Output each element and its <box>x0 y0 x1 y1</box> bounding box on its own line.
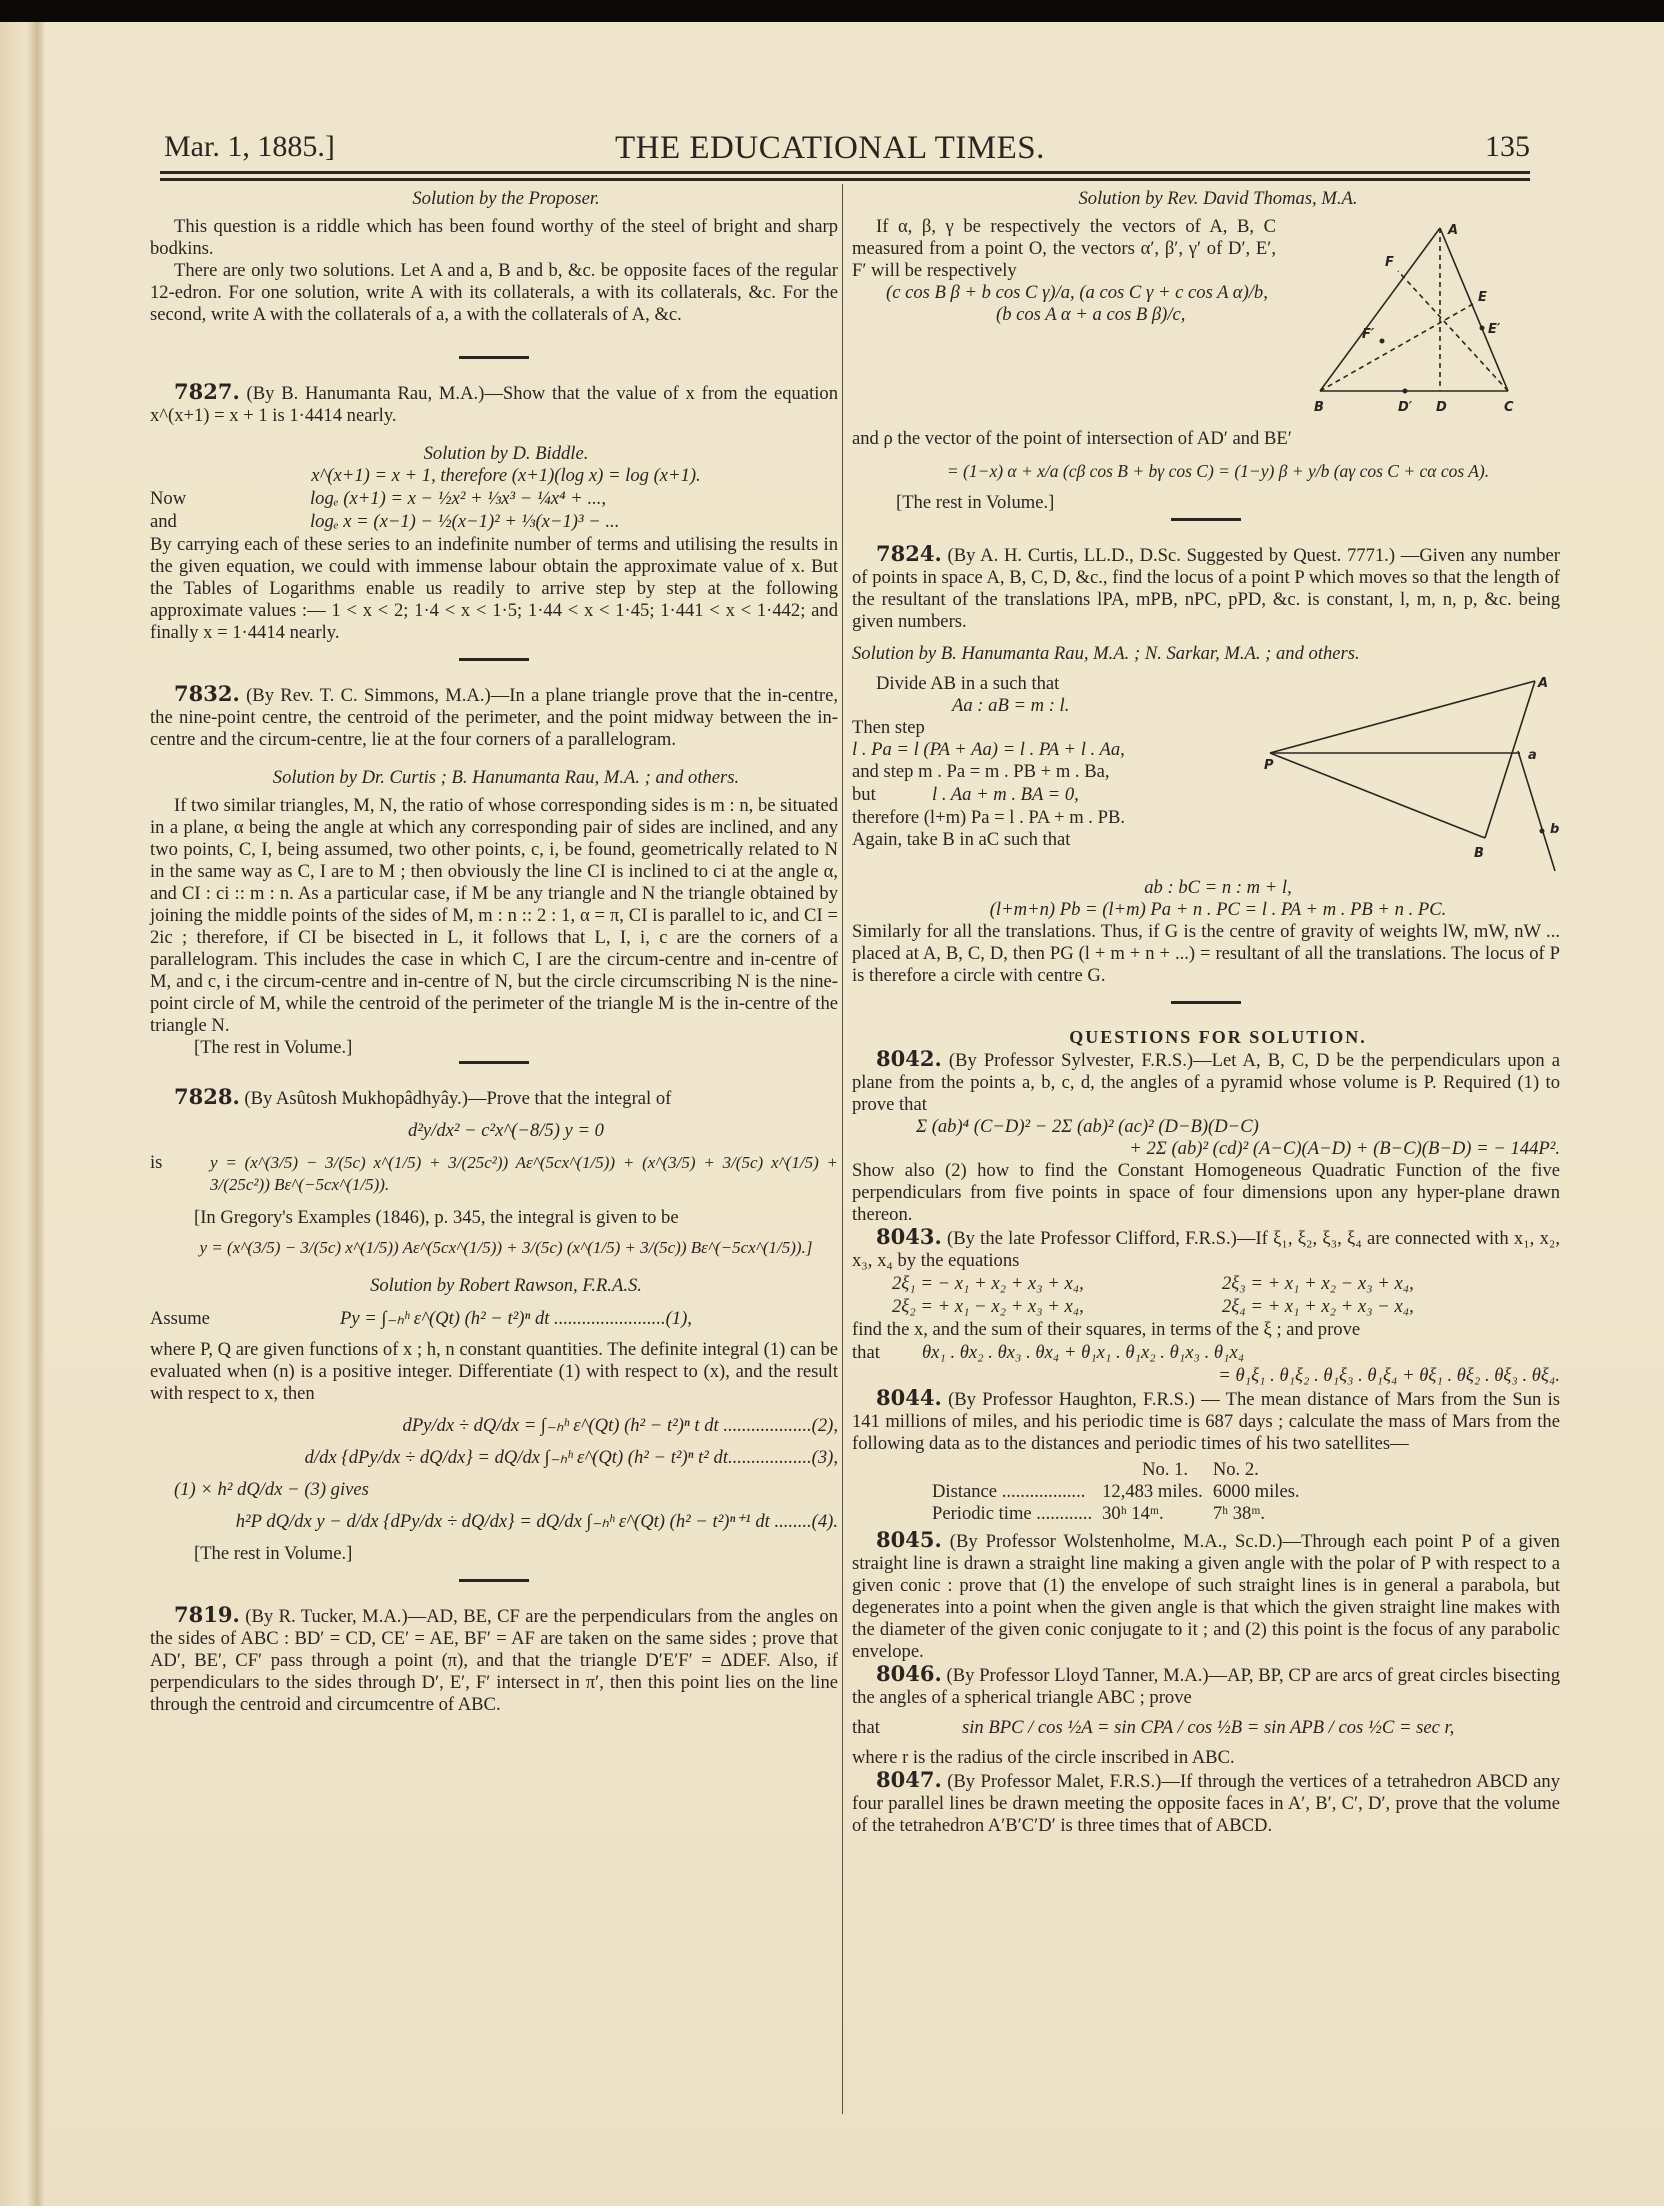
paragraph: Similarly for all the translations. Thus… <box>852 921 1560 987</box>
equation-row: 2ξ₁ = − x₁ + x₂ + x₃ + x₄,2ξ₃ = + x₁ + x… <box>852 1273 1560 1295</box>
paragraph: where r is the radius of the circle insc… <box>852 1747 1560 1769</box>
question-number: 7828. <box>174 1084 240 1109</box>
svg-text:D′: D′ <box>1398 400 1413 415</box>
svg-text:A: A <box>1537 676 1548 691</box>
svg-text:B: B <box>1314 400 1324 415</box>
equation: d²y/dx² − c²x^(−8/5) y = 0 <box>150 1120 838 1142</box>
section-separator <box>459 1579 529 1582</box>
question-number: 8044. <box>876 1385 942 1410</box>
section-separator <box>1171 1001 1241 1004</box>
step-line: butl . Aa + m . BA = 0, <box>852 784 1246 806</box>
svg-text:E′: E′ <box>1488 322 1501 337</box>
svg-text:a: a <box>1528 748 1537 763</box>
paragraph: There are only two solutions. Let A and … <box>150 260 838 326</box>
svg-text:E: E <box>1478 290 1487 305</box>
page-number: 135 <box>1485 130 1530 164</box>
svg-text:D: D <box>1436 400 1447 415</box>
equation: + 2Σ (ab)² (cd)² (A−C)(A−D) + (B−C)(B−D)… <box>852 1138 1560 1160</box>
question-number: 8045. <box>876 1527 942 1552</box>
table-header-row: No. 1. No. 2. <box>932 1459 1310 1481</box>
equation: = θ₁ξ₁ . θ₁ξ₂ . θ₁ξ₃ . θ₁ξ₄ + θξ₁ . θξ₂ … <box>852 1365 1560 1387</box>
equation-row: andlogₑ x = (x−1) − ½(x−1)² + ⅓(x−1)³ − … <box>150 511 838 533</box>
equation-row: Nowlogₑ (x+1) = x − ½x² + ⅓x³ − ¼x⁴ + ..… <box>150 488 838 510</box>
equation-row: thatθx₁ . θx₂ . θx₃ . θx₄ + θ₁x₁ . θ₁x₂ … <box>852 1342 1560 1364</box>
svg-text:F′: F′ <box>1362 327 1375 342</box>
header-rule-bottom <box>160 178 1530 181</box>
question-number: 8043. <box>876 1224 942 1249</box>
equation: dPy/dx ÷ dQ/dx = ∫₋ₕʰ ε^(Qt) (h² − t²)ⁿ … <box>150 1415 838 1437</box>
equation: (1) × h² dQ/dx − (3) gives <box>150 1479 838 1501</box>
question-7819: 7819. (By R. Tucker, M.A.)—AD, BE, CF ar… <box>150 1604 838 1716</box>
equation: d/dx {dPy/dx ÷ dQ/dx} = dQ/dx ∫₋ₕʰ ε^(Qt… <box>150 1447 838 1469</box>
question-number: 8047. <box>876 1767 942 1792</box>
question-7827: 7827. (By B. Hanumanta Rau, M.A.)—Show t… <box>150 381 838 427</box>
equation-row: isy = (x^(3/5) − 3/(5c) x^(1/5) + 3/(25c… <box>150 1152 838 1196</box>
svg-text:C: C <box>1504 400 1514 415</box>
solver-heading: Solution by D. Biddle. <box>150 443 838 465</box>
section-separator <box>459 356 529 359</box>
question-8047: 8047. (By Professor Malet, F.R.S.)—If th… <box>852 1769 1560 1837</box>
svg-text:b: b <box>1550 822 1559 837</box>
rest-in-volume: [The rest in Volume.] <box>150 1543 838 1565</box>
translation-figure: APa bB <box>1260 673 1560 873</box>
question-8046: 8046. (By Professor Lloyd Tanner, M.A.)—… <box>852 1663 1560 1709</box>
equation: x^(x+1) = x + 1, therefore (x+1)(log x) … <box>150 465 838 487</box>
solver-heading: Solution by B. Hanumanta Rau, M.A. ; N. … <box>852 643 1560 665</box>
question-8043: 8043. (By the late Professor Clifford, F… <box>852 1226 1560 1272</box>
right-column: Solution by Rev. David Thomas, M.A. AFE … <box>852 188 1560 1837</box>
equation-row: thatsin BPC / cos ½A = sin CPA / cos ½B … <box>852 1717 1560 1739</box>
question-number: 7819. <box>174 1602 240 1627</box>
svg-text:F: F <box>1385 255 1394 270</box>
running-header: Mar. 1, 1885.] THE EDUCATIONAL TIMES. 13… <box>160 130 1530 170</box>
question-7832: 7832. (By Rev. T. C. Simmons, M.A.)—In a… <box>150 683 838 751</box>
equation-row: AssumePy = ∫₋ₕʰ ε^(Qt) (h² − t²)ⁿ dt ...… <box>150 1308 838 1330</box>
equation: = (1−x) α + x/a (cβ cos B + bγ cos C) = … <box>852 460 1560 482</box>
question-8045: 8045. (By Professor Wolstenholme, M.A., … <box>852 1529 1560 1663</box>
question-7824: 7824. (By A. H. Curtis, LL.D., D.Sc. Sug… <box>852 543 1560 633</box>
question-number: 7824. <box>876 541 942 566</box>
question-number: 8042. <box>876 1046 942 1071</box>
equation: h²P dQ/dx y − d/dx {dPy/dx ÷ dQ/dx} = dQ… <box>150 1511 838 1533</box>
svg-text:A: A <box>1447 223 1458 238</box>
question-7828: 7828. (By Asûtosh Mukhopâdhyây.)—Prove t… <box>150 1086 838 1110</box>
equation-row: 2ξ₂ = + x₁ − x₂ + x₃ + x₄,2ξ₄ = + x₁ + x… <box>852 1296 1560 1318</box>
equation: Σ (ab)⁴ (C−D)² − 2Σ (ab)² (ac)² (D−B)(D−… <box>852 1116 1560 1138</box>
paragraph: and ρ the vector of the point of interse… <box>852 428 1560 450</box>
equation: y = (x^(3/5) − 3/(5c) x^(1/5)) Aε^(5cx^(… <box>150 1237 838 1259</box>
svg-text:P: P <box>1264 758 1274 773</box>
page-binding <box>0 22 44 2206</box>
header-date: Mar. 1, 1885.] <box>164 130 335 164</box>
question-8042: 8042. (By Professor Sylvester, F.R.S.)—L… <box>852 1048 1560 1116</box>
equation: ab : bC = n : m + l, <box>852 877 1560 899</box>
left-column: Solution by the Proposer. This question … <box>150 188 838 1716</box>
header-title: THE EDUCATIONAL TIMES. <box>615 130 1045 167</box>
table-row: Periodic time ............ 30ʰ 14ᵐ. 7ʰ 3… <box>932 1503 1310 1525</box>
column-divider <box>842 184 843 2114</box>
paragraph: Show also (2) how to find the Constant H… <box>852 1160 1560 1226</box>
solver-heading: Solution by Dr. Curtis ; B. Hanumanta Ra… <box>150 767 838 789</box>
gregory-note: [In Gregory's Examples (1846), p. 345, t… <box>150 1207 838 1229</box>
rest-in-volume: [The rest in Volume.] <box>150 1037 838 1059</box>
rest-in-volume: [The rest in Volume.] <box>852 492 1560 514</box>
header-rule-top <box>160 171 1530 174</box>
question-number: 7827. <box>174 379 240 404</box>
table-row: Distance .................. 12,483 miles… <box>932 1481 1310 1503</box>
paragraph: where P, Q are given functions of x ; h,… <box>150 1339 838 1405</box>
equation: (l+m+n) Pb = (l+m) Pa + n . PC = l . PA … <box>852 899 1560 921</box>
solver-heading: Solution by the Proposer. <box>150 188 838 210</box>
paragraph: find the x, and the sum of their squares… <box>852 1319 1560 1341</box>
triangle-figure-abc: AFE E′F′B D′DC <box>1290 216 1560 416</box>
satellite-table: No. 1. No. 2. Distance .................… <box>932 1459 1310 1525</box>
section-separator <box>459 1061 529 1064</box>
section-separator <box>1171 518 1241 521</box>
section-heading: QUESTIONS FOR SOLUTION. <box>852 1026 1560 1048</box>
paragraph: By carrying each of these series to an i… <box>150 534 838 644</box>
paragraph: This question is a riddle which has been… <box>150 216 838 260</box>
question-number: 8046. <box>876 1661 942 1686</box>
section-separator <box>459 658 529 661</box>
scan-top-edge <box>0 0 1664 22</box>
question-8044: 8044. (By Professor Haughton, F.R.S.) — … <box>852 1387 1560 1455</box>
question-number: 7832. <box>174 681 240 706</box>
svg-text:B: B <box>1474 846 1484 861</box>
paragraph: If two similar triangles, M, N, the rati… <box>150 795 838 1037</box>
solver-heading: Solution by Rev. David Thomas, M.A. <box>852 188 1560 210</box>
solver-heading: Solution by Robert Rawson, F.R.A.S. <box>150 1275 838 1297</box>
